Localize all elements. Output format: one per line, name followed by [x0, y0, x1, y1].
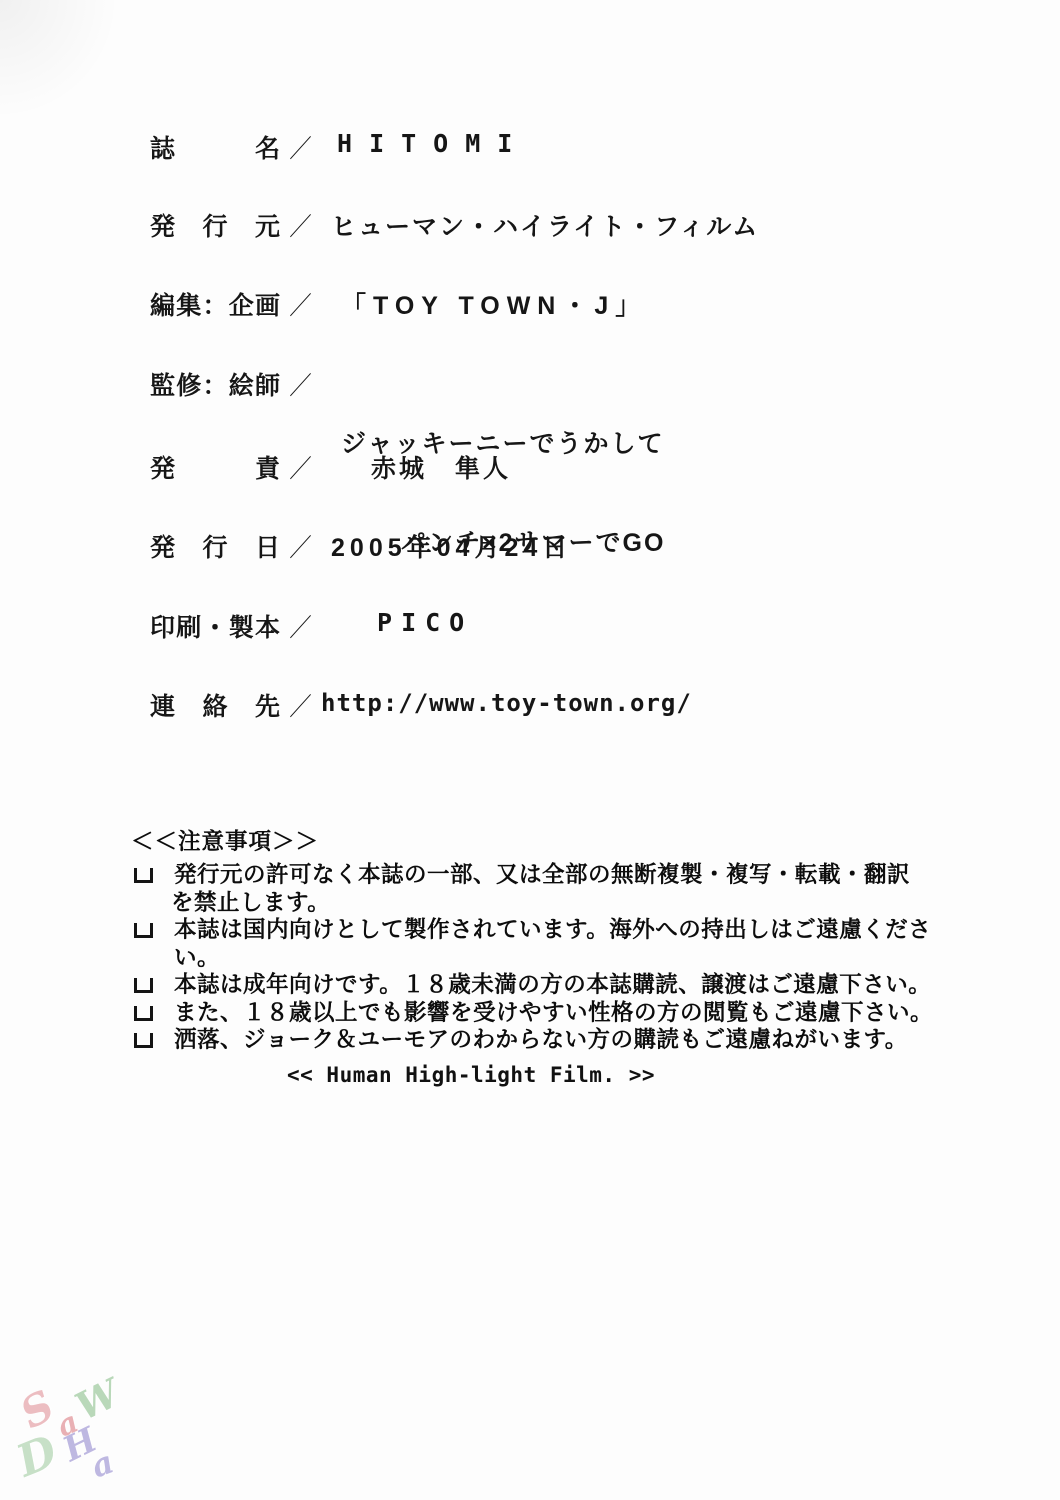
field-label: 発 責	[150, 449, 280, 485]
open-box-bullet-icon	[134, 978, 153, 993]
open-box-bullet-icon	[134, 1006, 153, 1021]
notice-item: 本誌は成年向けです。１８歳未満の方の本誌購読、譲渡はご遠慮下さい。	[131, 971, 941, 999]
field-separator: ／	[289, 528, 312, 564]
field-value: ジャッキーニーでうかして パンチ×2サマーでGO	[341, 366, 665, 617]
notice-text: また、１８歳以上でも影響を受けやすい性格の方の閲覧もご遠慮下さい。	[174, 999, 933, 1027]
field-separator: ／	[289, 129, 312, 165]
field-value: ヒューマン・ハイライト・フィルム	[331, 207, 759, 243]
colophon-row-editing: 編集：企画 ／ 「TOY TOWN・J」	[150, 286, 647, 322]
open-box-bullet-icon	[134, 923, 153, 938]
field-label: 監修：絵師	[150, 366, 280, 402]
notices-title: ＜＜注意事項＞＞	[131, 824, 941, 856]
field-separator: ／	[289, 608, 312, 644]
field-separator: ／	[289, 207, 312, 243]
colophon-row-responsible: 発 責 ／ 赤城 隼人	[150, 449, 511, 485]
notices-section: ＜＜注意事項＞＞ 発行元の許可なく本誌の一部、又は全部の無断複製・複写・転載・翻…	[131, 824, 941, 1054]
notice-text: 本誌は国内向けとして製作されています。海外への持出しはご遠慮ください。	[174, 916, 941, 971]
contact-url: http://www.toy-town.org/	[321, 689, 692, 717]
colophon-row-supervision: 監修：絵師 ／ ジャッキーニーでうかして パンチ×2サマーでGO	[150, 366, 665, 617]
watermark-letter: D	[10, 1426, 64, 1488]
field-label: 連 絡 先	[150, 687, 280, 723]
field-label: 誌 名	[150, 129, 280, 165]
colophon-row-publication-date: 発 行 日 ／ 2005年04月24日	[150, 528, 572, 564]
credit-line: << Human High-light Film. >>	[287, 1063, 655, 1087]
colophon-row-printing: 印刷・製本 ／ PICO	[150, 608, 473, 644]
field-label: 編集：企画	[150, 286, 280, 322]
watermark: S a W D H a	[14, 1383, 129, 1498]
field-separator: ／	[289, 449, 312, 485]
field-value: HITOMI	[337, 129, 529, 158]
colophon-row-title: 誌 名 ／ HITOMI	[150, 129, 529, 165]
field-value: 2005年04月24日	[331, 528, 572, 564]
field-separator: ／	[289, 687, 312, 723]
open-box-bullet-icon	[134, 868, 153, 883]
field-label: 印刷・製本	[150, 608, 280, 644]
scanned-colophon-page: 誌 名 ／ HITOMI 発 行 元 ／ ヒューマン・ハイライト・フィルム 編集…	[0, 0, 1060, 1500]
field-separator: ／	[289, 366, 312, 402]
field-value: 赤城 隼人	[371, 449, 511, 485]
notice-item: 発行元の許可なく本誌の一部、又は全部の無断複製・複写・転載・翻訳	[131, 861, 941, 889]
field-label: 発 行 元	[150, 207, 280, 243]
field-value: PICO	[377, 608, 473, 637]
notice-item: また、１８歳以上でも影響を受けやすい性格の方の閲覧もご遠慮下さい。	[131, 999, 941, 1027]
field-separator: ／	[289, 286, 312, 322]
watermark-letter: a	[86, 1443, 118, 1486]
colophon-row-contact: 連 絡 先 ／ http://www.toy-town.org/	[150, 687, 692, 723]
field-label: 発 行 日	[150, 528, 280, 564]
open-box-bullet-icon	[134, 1033, 153, 1048]
field-value: 「TOY TOWN・J」	[341, 286, 647, 322]
notice-continuation: を禁止します。	[131, 889, 941, 917]
notice-text: 洒落、ジョーク＆ユーモアのわからない方の購読もご遠慮ねがいます。	[174, 1026, 908, 1054]
notice-item: 本誌は国内向けとして製作されています。海外への持出しはご遠慮ください。	[131, 916, 941, 971]
notice-text: 発行元の許可なく本誌の一部、又は全部の無断複製・複写・転載・翻訳	[174, 861, 910, 889]
notice-text: 本誌は成年向けです。１８歳未満の方の本誌購読、譲渡はご遠慮下さい。	[174, 971, 931, 999]
notice-item: 洒落、ジョーク＆ユーモアのわからない方の購読もご遠慮ねがいます。	[131, 1026, 941, 1054]
watermark-letter: W	[68, 1370, 126, 1429]
colophon-row-publisher: 発 行 元 ／ ヒューマン・ハイライト・フィルム	[150, 207, 759, 243]
